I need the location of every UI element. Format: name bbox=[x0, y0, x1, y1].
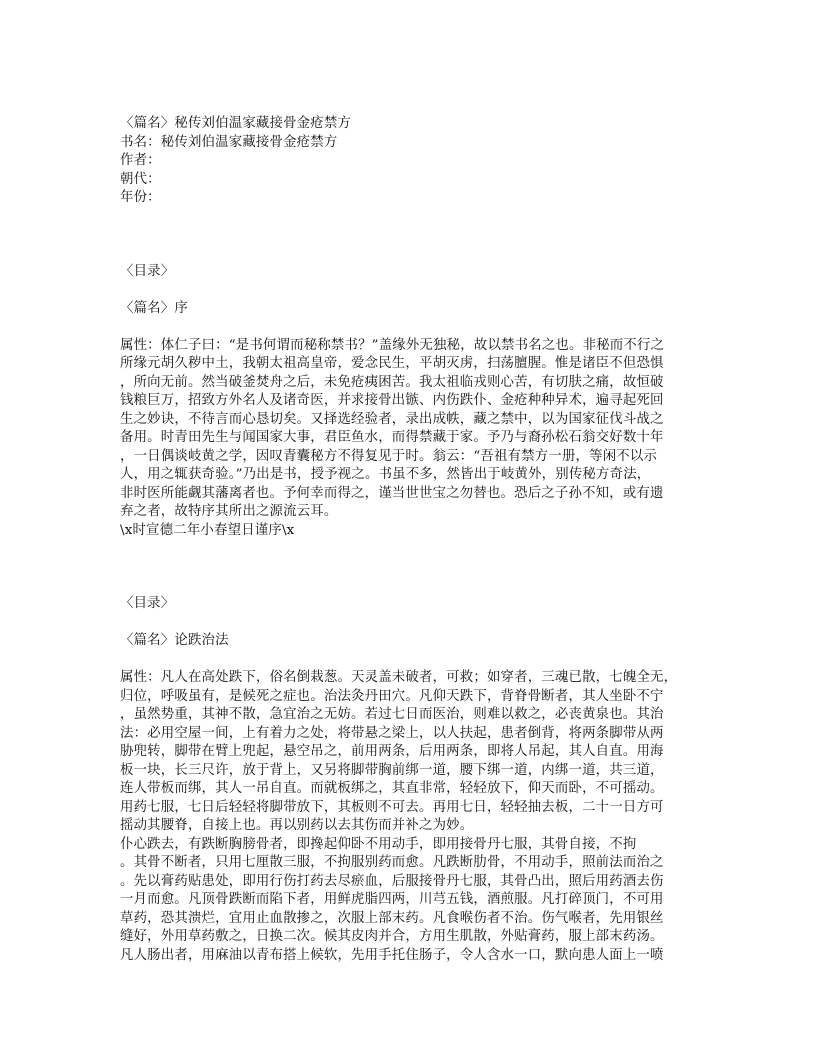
body-line: 凡人肠出者，用麻油以青布搭上候软，先用手托住肠子，令人含水一口，默向患人面上一喷 bbox=[120, 947, 700, 966]
body-line: 胁兜转，脚带在臂上兜起，悬空吊之，前用两条，后用两条，即将人吊起，其人自直。用海 bbox=[120, 743, 700, 762]
body-line: 。先以膏药贴患处，即用行伤打药去尽瘀血，后服接骨丹七服，其骨凸出，照后用药酒去伤 bbox=[120, 873, 700, 892]
body-line: ，所向无前。然当破釜焚舟之后，未免疮痍困苦。我太祖临戎则心苦，有切肤之痛，故恒破 bbox=[120, 374, 700, 393]
signature-line: \x时宣德二年小春望日谨序\x bbox=[120, 522, 700, 541]
book-name: 书名：秘传刘伯温家藏接骨金疮禁方 bbox=[120, 134, 700, 153]
body-line: 生之妙诀，不待言而心恳切矣。又择选经验者，录出成帙，藏之禁中，以为国家征伐斗战之 bbox=[120, 411, 700, 430]
body-line: 钱粮巨万，招致方外名人及诸奇医，并求接骨出镞、内伤跌仆、金疮种种异术，遍寻起死回 bbox=[120, 392, 700, 411]
chapter-title: 〈篇名〉秘传刘伯温家藏接骨金疮禁方 bbox=[120, 115, 700, 134]
toc-marker: 〈目录〉 bbox=[120, 263, 700, 282]
body-line: ，一日偶谈岐黄之学，因叹青囊秘方不得复见于时。翁云：“吾祖有禁方一册，等闲不以示 bbox=[120, 448, 700, 467]
body-line: 板一块，长三尺许，放于背上，又另将脚带胸前绑一道，腰下绑一道，内绑一道，共三道， bbox=[120, 762, 700, 781]
section-title: 〈篇名〉序 bbox=[120, 300, 700, 319]
body-line: 缝好，外用草药敷之，日换二次。候其皮肉并合，方用生肌散，外贴膏药，服上部末药汤。 bbox=[120, 928, 700, 947]
author-field: 作者： bbox=[120, 152, 700, 171]
section-title: 〈篇名〉论跌治法 bbox=[120, 632, 700, 651]
body-line: 弃之者，故特序其所出之源流云耳。 bbox=[120, 503, 700, 522]
dynasty-field: 朝代： bbox=[120, 171, 700, 190]
body-line: 仆心跌去，有跌断胸膀骨者，即搀起仰卧不用动手，即用接骨丹七服，其骨自接，不拘 bbox=[120, 836, 700, 855]
section-body: 属性：凡人在高处跌下，俗名倒栽葱。天灵盖未破者，可救；如穿者，三魂已散，七魄全无… bbox=[120, 669, 700, 965]
body-line: 法：必用空屋一间，上有着力之处，将带悬之梁上，以人扶起，患者倒背，将两条脚带从两 bbox=[120, 725, 700, 744]
body-line: 用药七服，七日后轻轻将脚带放下，其板则不可去。再用七日，轻轻抽去板，二十一日方可 bbox=[120, 799, 700, 818]
body-line: 归位，呼吸虽有，是候死之症也。治法灸丹田穴。凡仰天跌下，背脊骨断者，其人坐卧不宁 bbox=[120, 688, 700, 707]
body-line: 人，用之辄获奇验。”乃出是书，授予视之。书虽不多，然皆出于岐黄外，别传秘方奇法， bbox=[120, 466, 700, 485]
body-line: 属性：体仁子曰：“是书何谓而秘称禁书？”盖缘外无独秘，故以禁书名之也。非秘而不行… bbox=[120, 337, 700, 356]
body-line: 草药，恐其溃烂，宜用止血散掺之，次服上部末药。凡食喉伤者不治。伤气喉者，先用银丝 bbox=[120, 910, 700, 929]
section-body: 属性：体仁子曰：“是书何谓而秘称禁书？”盖缘外无独秘，故以禁书名之也。非秘而不行… bbox=[120, 337, 700, 541]
body-line: 摇动其腰脊，自接上也。再以别药以去其伤而并补之为妙。 bbox=[120, 817, 700, 836]
body-line: 备用。时青田先生与闻国家大事，君臣鱼水，而得禁藏于家。予乃与裔孙松石翁交好数十年 bbox=[120, 429, 700, 448]
body-line: 连人带板而绑，其人一吊自直。而就板绑之，其直非常，轻轻放下，仰天而卧，不可摇动。 bbox=[120, 780, 700, 799]
body-line: 。其骨不断者，只用七厘散三服，不拘服别药而愈。凡跌断肋骨，不用动手，照前法而治之 bbox=[120, 854, 700, 873]
body-line: 一月而愈。凡顶骨跌断而陷下者，用鲜虎脂四两，川芎五钱，酒煎服。凡打碎顶门，不可用 bbox=[120, 891, 700, 910]
body-line: 所缘元胡久秽中土，我朝太祖高皇帝，爱念民生，平胡灭虏，扫荡膻腥。惟是诸臣不但恐惧 bbox=[120, 355, 700, 374]
toc-marker: 〈目录〉 bbox=[120, 595, 700, 614]
document-page: 〈篇名〉秘传刘伯温家藏接骨金疮禁方 书名：秘传刘伯温家藏接骨金疮禁方 作者： 朝… bbox=[120, 115, 700, 965]
body-line: ，虽然势重，其神不散，急宜治之无妨。若过七日而医治，则难以救之，必丧黄泉也。其治 bbox=[120, 706, 700, 725]
body-line: 非时医所能觑其藩离者也。予何幸而得之，谨当世世宝之勿替也。恐后之子孙不知，或有遗 bbox=[120, 485, 700, 504]
body-line: 属性：凡人在高处跌下，俗名倒栽葱。天灵盖未破者，可救；如穿者，三魂已散，七魄全无… bbox=[120, 669, 700, 688]
year-field: 年份： bbox=[120, 189, 700, 208]
